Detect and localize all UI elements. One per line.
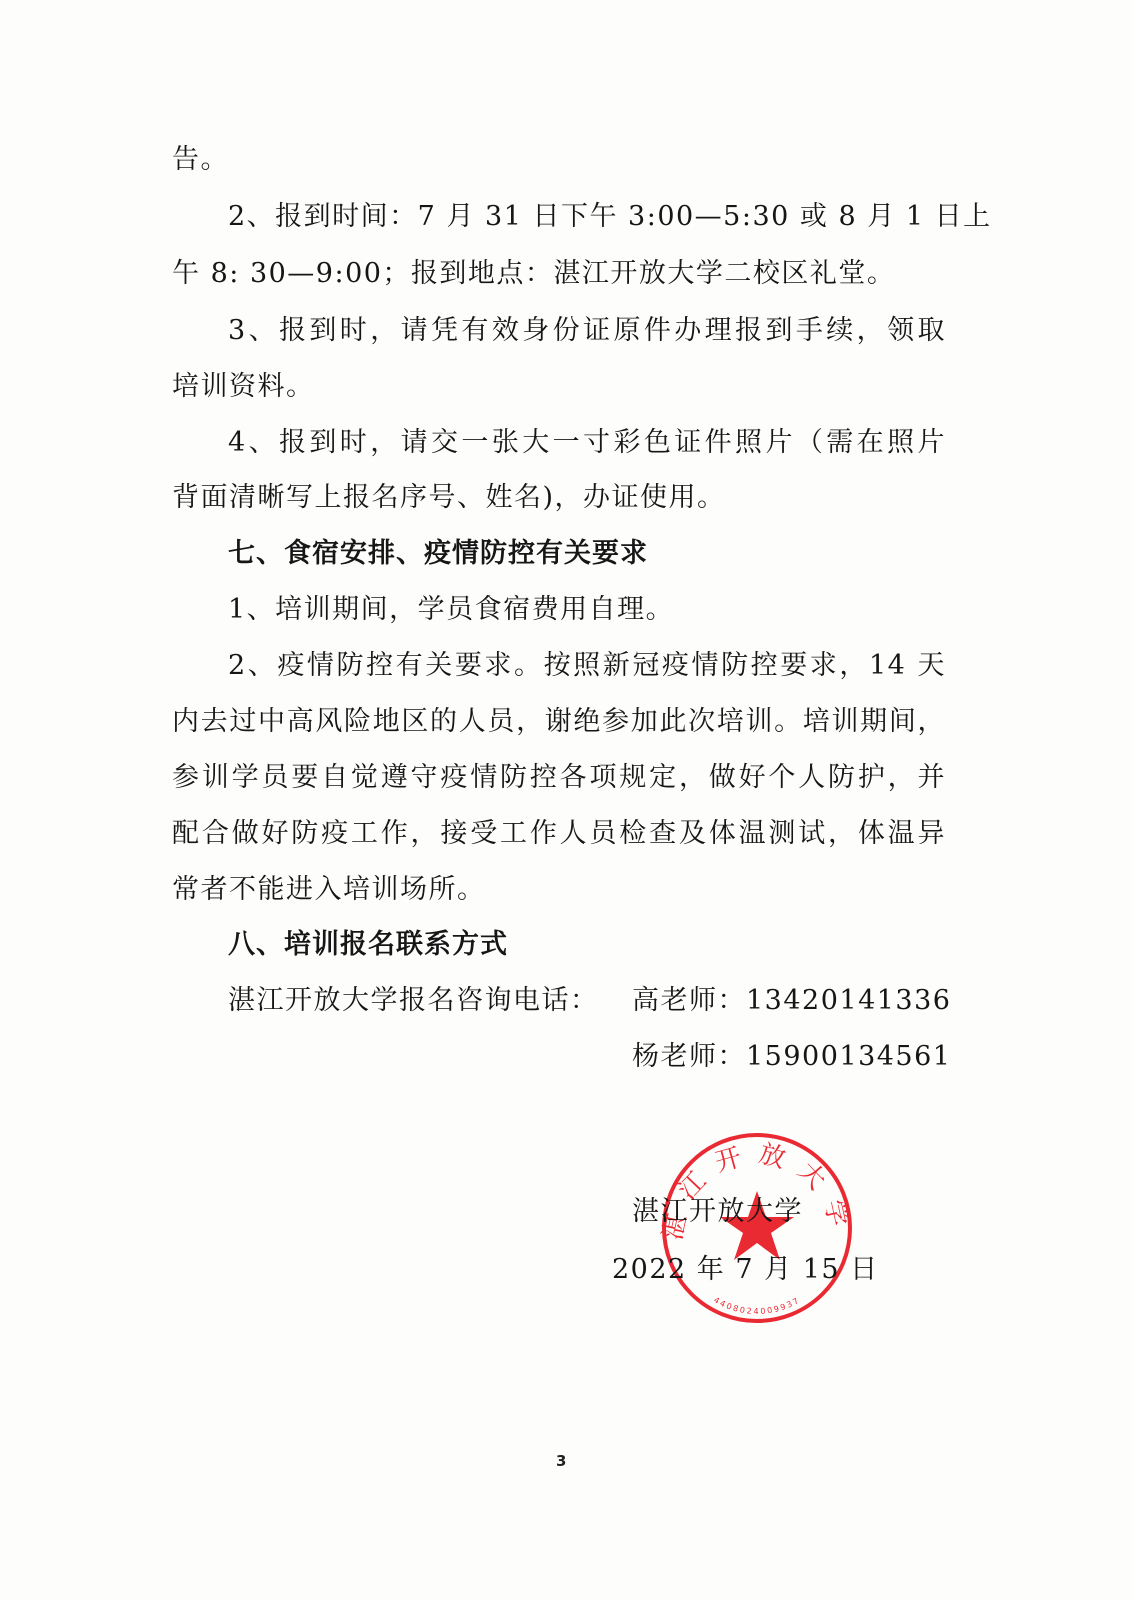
- section-7-item-2-line-5: 常者不能进入培训场所。: [172, 870, 962, 910]
- section-7-item-2-line-4: 配合做好防疫工作，接受工作人员检查及体温测试，体温异: [172, 814, 946, 854]
- section-8-heading: 八、培训报名联系方式: [228, 925, 1018, 965]
- signature-organization: 湛江开放大学: [632, 1192, 803, 1232]
- contact-gao: 高老师：13420141336: [632, 981, 951, 1021]
- section-7-item-1: 1、培训期间，学员食宿费用自理。: [228, 590, 1018, 630]
- section-7-item-2-line-1: 2、疫情防控有关要求。按照新冠疫情防控要求，14 天: [228, 646, 946, 686]
- paragraph-continuation: 告。: [172, 140, 962, 180]
- registration-time-line-1: 2、报到时间：7 月 31 日下午 3:00—5:30 或 8 月 1 日上: [228, 197, 946, 237]
- registration-id-line-1: 3、报到时，请凭有效身份证原件办理报到手续，领取: [228, 311, 946, 351]
- section-7-heading: 七、食宿安排、疫情防控有关要求: [228, 534, 1018, 574]
- contact-yang: 杨老师：15900134561: [632, 1037, 951, 1077]
- registration-photo-line-1: 4、报到时，请交一张大一寸彩色证件照片（需在照片: [228, 423, 946, 463]
- registration-id-line-2: 培训资料。: [172, 367, 962, 407]
- signature-date: 2022 年 7 月 15 日: [612, 1250, 879, 1290]
- registration-photo-line-2: 背面清晰写上报名序号、姓名)，办证使用。: [172, 478, 962, 518]
- section-7-item-2-line-2: 内去过中高风险地区的人员，谢绝参加此次培训。培训期间，: [172, 702, 946, 742]
- registration-time-line-2: 午 8: 30—9:00；报到地点：湛江开放大学二校区礼堂。: [172, 254, 962, 294]
- document-page: 告。 2、报到时间：7 月 31 日下午 3:00—5:30 或 8 月 1 日…: [0, 0, 1132, 1600]
- contact-label: 湛江开放大学报名咨询电话：: [228, 981, 599, 1021]
- section-7-item-2-line-3: 参训学员要自觉遵守疫情防控各项规定，做好个人防护，并: [172, 758, 946, 798]
- page-number: 3: [556, 1452, 566, 1470]
- svg-text:4408024009937: 4408024009937: [712, 1295, 802, 1316]
